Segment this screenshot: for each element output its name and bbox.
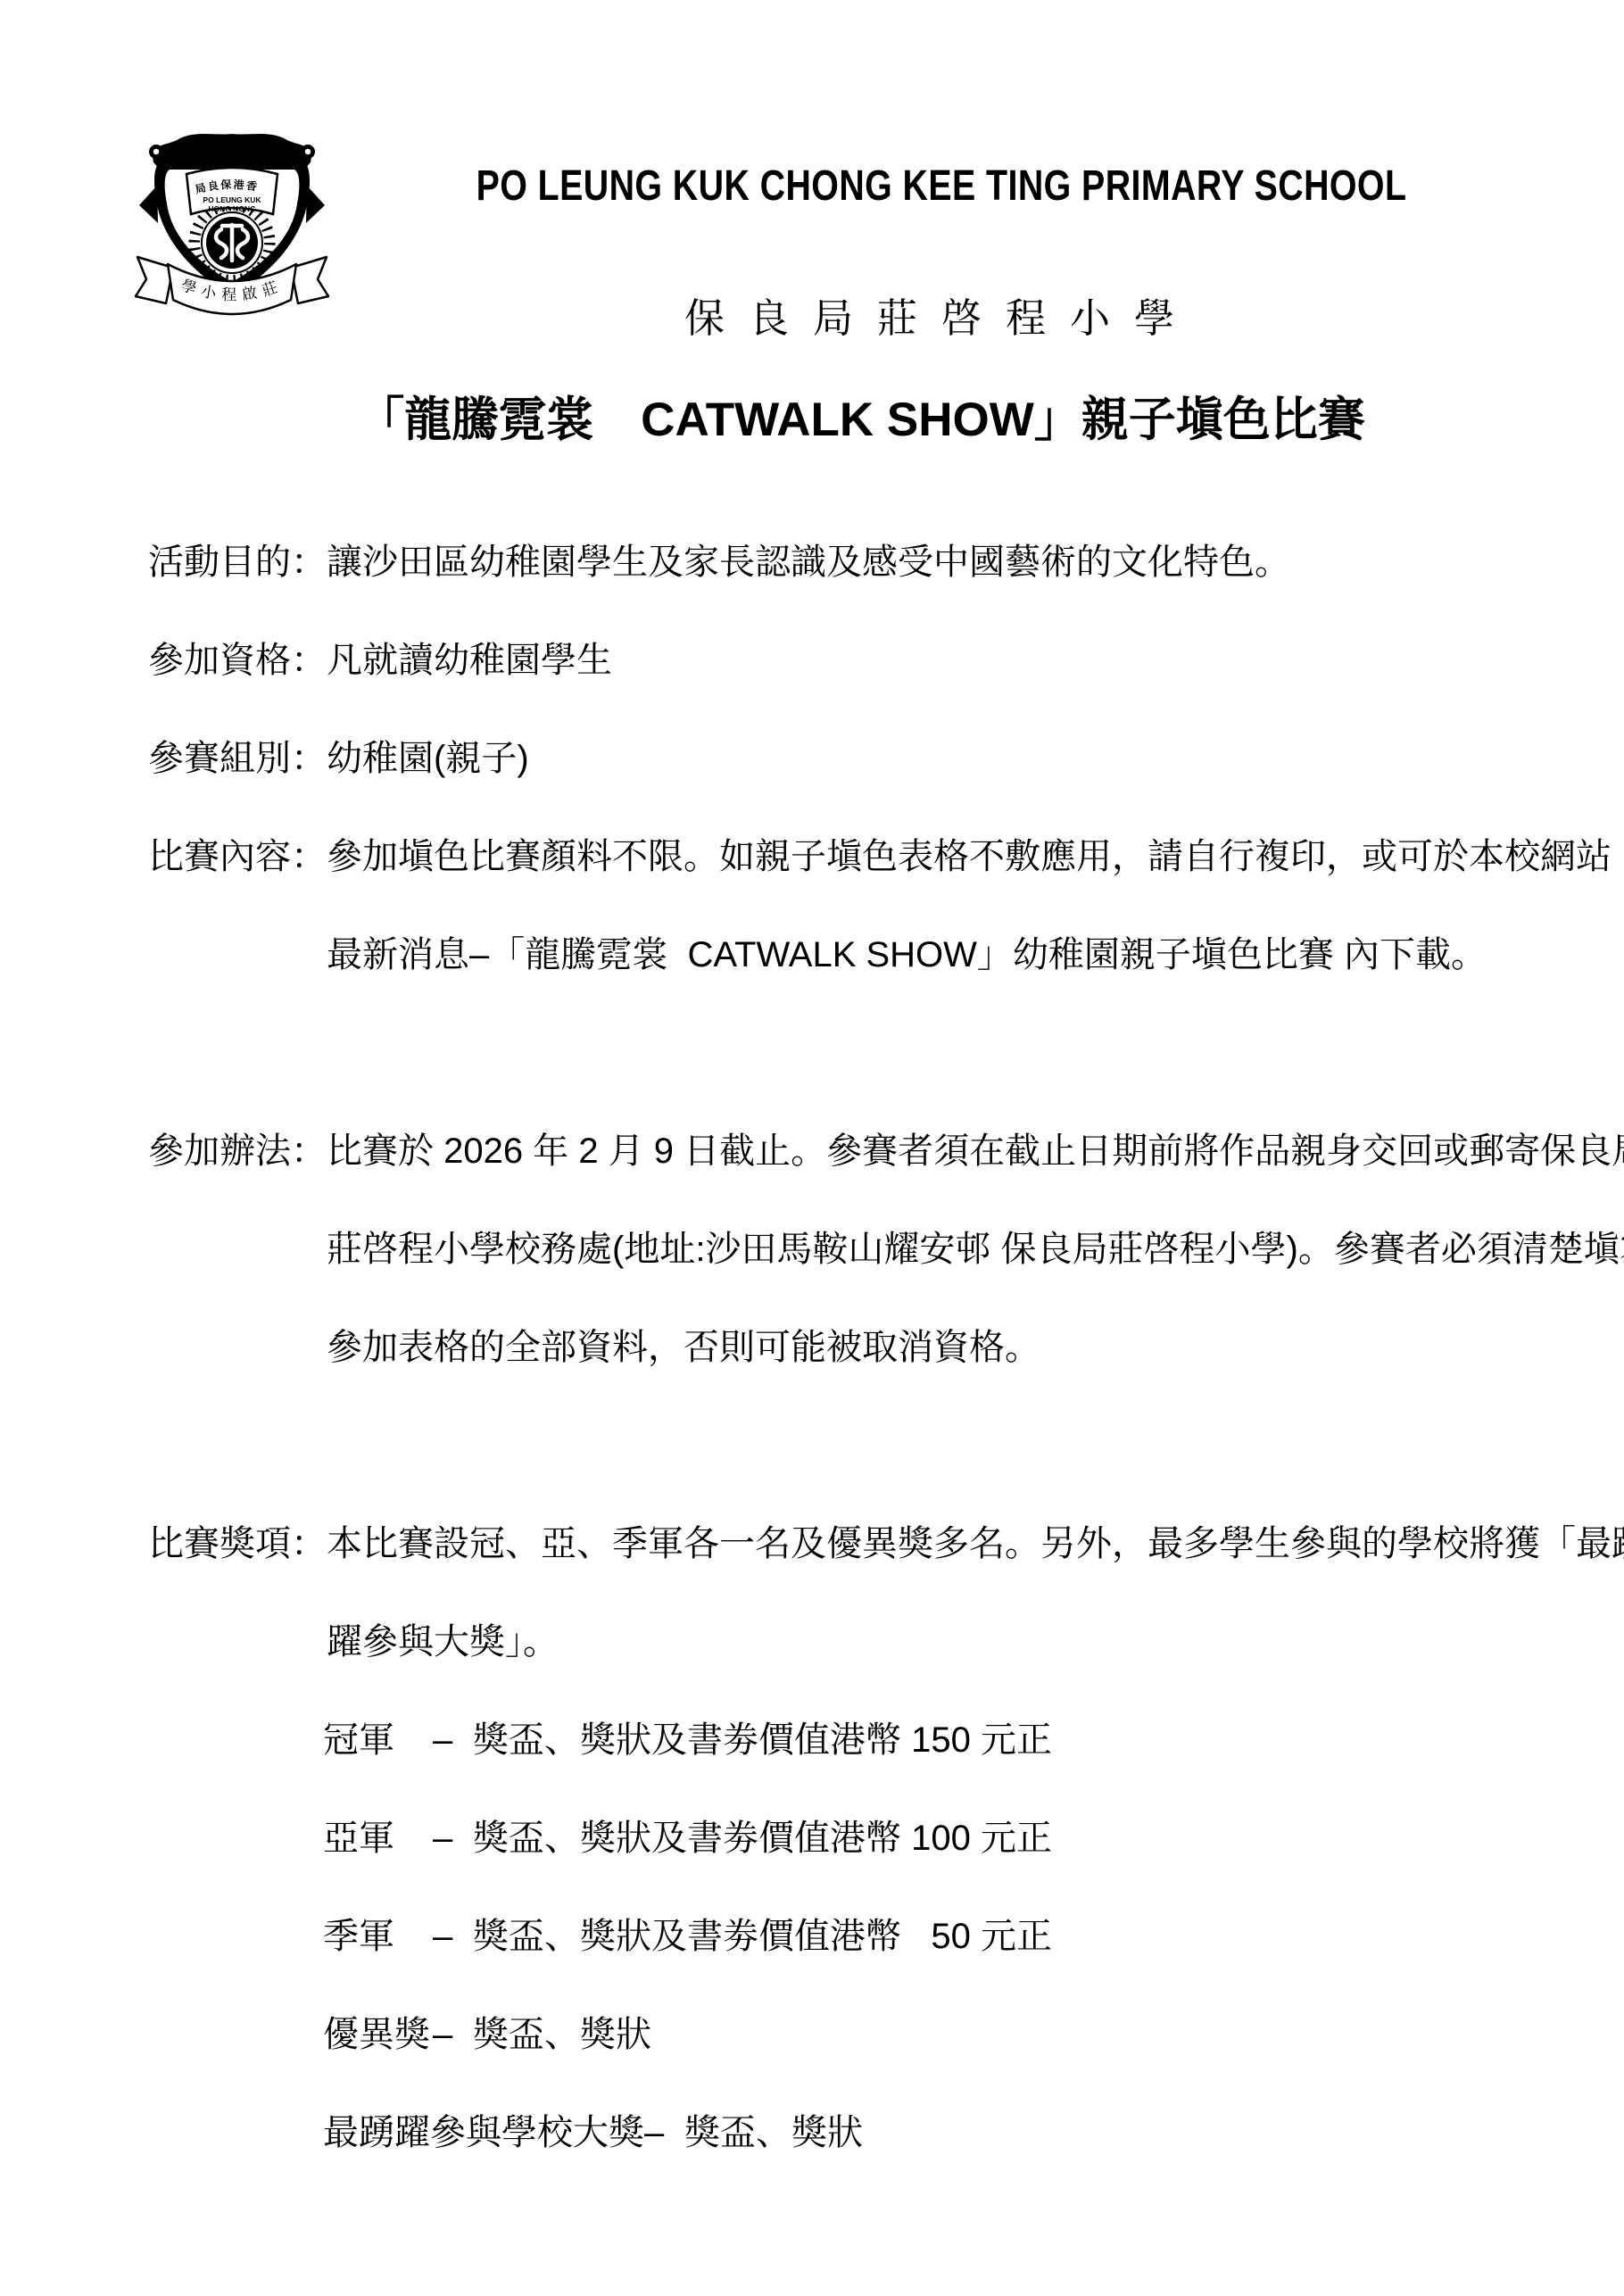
section-text-line: 本比賽設冠、亞、季軍各一名及優異獎多名。另外，最多學生參與的學校將獲「最踴	[327, 1495, 1624, 1593]
prize-dash: –	[644, 2084, 684, 2182]
crest-curl-right-hole	[305, 149, 311, 154]
section-content: 凡就讀幼稚園學生	[327, 611, 612, 709]
prize-desc: 獎盃、獎狀	[473, 1985, 651, 2084]
prize-desc: 獎盃、獎狀	[684, 2084, 863, 2182]
section-activity-purpose: 活動目的： 讓沙田區幼稚園學生及家長認識及感受中國藝術的文化特色。	[148, 513, 1624, 611]
section-content: 參加塡色比賽顏料不限。如親子塡色表格不敷應用，請自行複印，或可於本校網站 最新消…	[327, 808, 1612, 1004]
prize-row-second-runner-up: 季軍 – 獎盃、獎狀及書劵價值港幣 50 元正	[323, 1887, 1624, 1985]
section-label: 參加資格：	[148, 611, 327, 709]
document-body: 活動目的： 讓沙田區幼稚園學生及家長認識及感受中國藝術的文化特色。 參加資格： …	[148, 513, 1624, 2182]
school-logo: 局良保港香 PO LEUNG KUK HONG KONG 學小程啟莊	[132, 121, 332, 332]
prize-desc: 獎盃、獎狀及書劵價值港幣 150 元正	[473, 1691, 1052, 1789]
prize-dash: –	[433, 1887, 473, 1985]
prize-dash: –	[433, 1985, 473, 2084]
section-label: 活動目的：	[148, 513, 327, 611]
section-text-line: 參加表格的全部資料，否則可能被取消資格。	[327, 1298, 1624, 1397]
section-eligibility: 參加資格： 凡就讀幼稚園學生	[148, 611, 1624, 709]
prize-rank: 季軍	[323, 1887, 433, 1985]
prize-rank: 冠軍	[323, 1691, 433, 1789]
section-category: 參賽組別： 幼稚園(親子)	[148, 709, 1624, 808]
section-text-line: 最新消息–「龍騰霓裳 CATWALK SHOW」幼稚園親子塡色比賽 內下載。	[327, 906, 1612, 1004]
prize-rank: 亞軍	[323, 1789, 433, 1887]
event-title: 「龍騰霓裳 CATWALK SHOW」親子塡色比賽	[94, 382, 1624, 450]
prize-dash: –	[433, 1691, 473, 1789]
section-text-line: 躍參與大獎」。	[327, 1593, 1624, 1691]
prize-row-merit: 優異獎 – 獎盃、獎狀	[323, 1985, 1624, 2084]
section-text-line: 比賽於 2026 年 2 月 9 日截止。參賽者須在截止日期前將作品親身交回或郵…	[327, 1102, 1624, 1200]
prize-row-champion: 冠軍 – 獎盃、獎狀及書劵價值港幣 150 元正	[323, 1691, 1624, 1789]
document-page: 局良保港香 PO LEUNG KUK HONG KONG 學小程啟莊	[0, 0, 1624, 2296]
prize-dash: –	[433, 1789, 473, 1887]
prize-desc: 獎盃、獎狀及書劵價值港幣 50 元正	[473, 1887, 1052, 1985]
school-name-english: PO LEUNG KUK CHONG KEE TING PRIMARY SCHO…	[440, 162, 1442, 211]
school-name-chinese: 保良局莊啓程小學	[330, 286, 1553, 344]
section-label: 比賽內容：	[148, 808, 327, 906]
prize-rank: 優異獎	[323, 1985, 433, 2084]
section-text-line: 參加塡色比賽顏料不限。如親子塡色表格不敷應用，請自行複印，或可於本校網站	[327, 808, 1612, 906]
section-text-line: 讓沙田區幼稚園學生及家長認識及感受中國藝術的文化特色。	[327, 513, 1290, 611]
section-content: 幼稚園(親子)	[327, 709, 529, 808]
school-crest-svg: 局良保港香 PO LEUNG KUK HONG KONG 學小程啟莊	[132, 121, 332, 332]
prize-desc: 獎盃、獎狀及書劵價值港幣 100 元正	[473, 1789, 1052, 1887]
prize-rank: 最踴躍參與學校大獎	[323, 2084, 644, 2182]
section-content: 本比賽設冠、亞、季軍各一名及優異獎多名。另外，最多學生參與的學校將獲「最踴 躍參…	[327, 1495, 1624, 1691]
section-entry-method: 參加辦法： 比賽於 2026 年 2 月 9 日截止。參賽者須在截止日期前將作品…	[148, 1102, 1624, 1397]
logo-banner-top-en1: PO LEUNG KUK	[203, 195, 261, 204]
section-text-line: 幼稚園(親子)	[327, 709, 529, 808]
section-content: 讓沙田區幼稚園學生及家長認識及感受中國藝術的文化特色。	[327, 513, 1290, 611]
prize-row-most-active-school: 最踴躍參與學校大獎 – 獎盃、獎狀	[323, 2084, 1624, 2182]
section-label: 參加辦法：	[148, 1102, 327, 1200]
crest-curl-left-hole	[153, 149, 159, 154]
prize-list: 冠軍 – 獎盃、獎狀及書劵價值港幣 150 元正 亞軍 – 獎盃、獎狀及書劵價值…	[323, 1691, 1624, 2182]
section-text-line: 莊啓程小學校務處(地址:沙田馬鞍山耀安邨 保良局莊啓程小學)。參賽者必須清楚塡寫	[327, 1200, 1624, 1298]
section-text-line: 凡就讀幼稚園學生	[327, 611, 612, 709]
section-label: 參賽組別：	[148, 709, 327, 808]
prize-row-first-runner-up: 亞軍 – 獎盃、獎狀及書劵價值港幣 100 元正	[323, 1789, 1624, 1887]
section-contest-content: 比賽內容： 參加塡色比賽顏料不限。如親子塡色表格不敷應用，請自行複印，或可於本校…	[148, 808, 1624, 1004]
section-prizes: 比賽獎項： 本比賽設冠、亞、季軍各一名及優異獎多名。另外，最多學生參與的學校將獲…	[148, 1495, 1624, 1691]
section-label: 比賽獎項：	[148, 1495, 327, 1593]
section-content: 比賽於 2026 年 2 月 9 日截止。參賽者須在截止日期前將作品親身交回或郵…	[327, 1102, 1624, 1397]
